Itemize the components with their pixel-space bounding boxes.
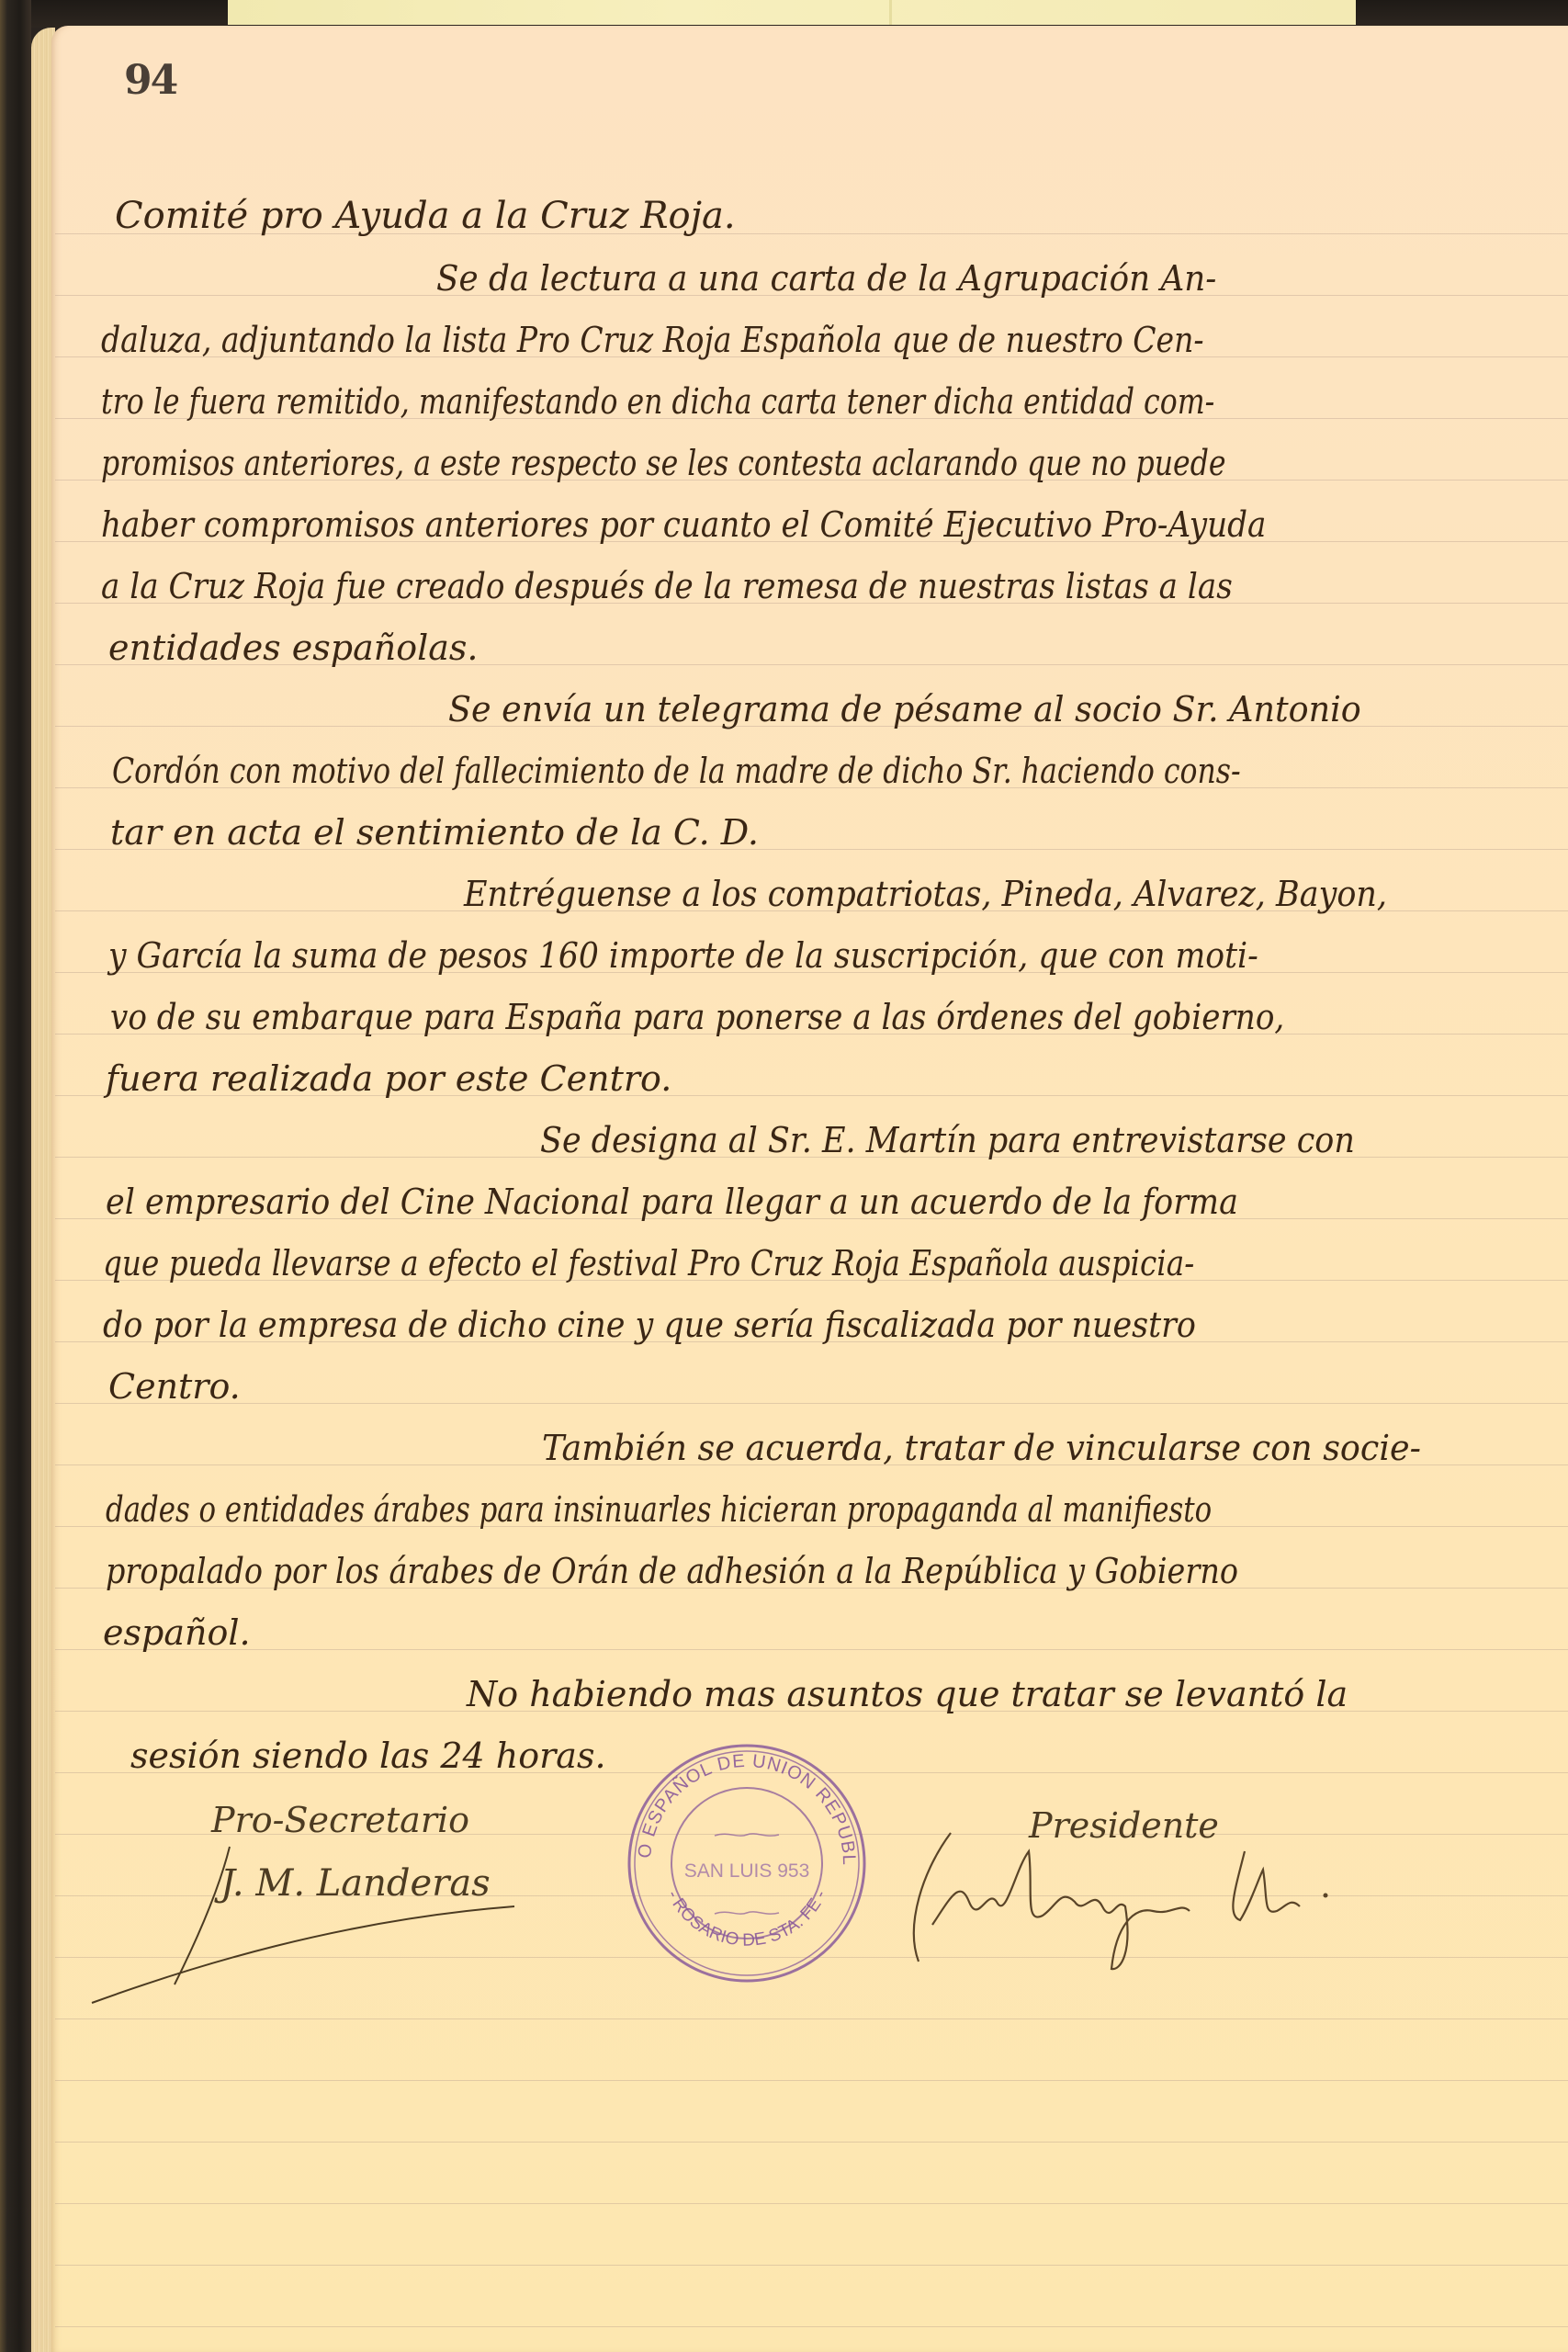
text-line: Centro.	[108, 1369, 241, 1404]
secretary-title: Pro-Secretario	[211, 1803, 469, 1837]
text-line: y García la suma de pesos 160 importe de…	[108, 938, 1258, 973]
text-line: Se envía un telegrama de pésame al socio…	[448, 692, 1361, 727]
text-line: sesión siendo las 24 horas.	[130, 1738, 606, 1773]
text-line: propalado por los árabes de Orán de adhe…	[106, 1554, 1238, 1589]
text-line: tro le fuera remitido, manifestando en d…	[101, 384, 1214, 419]
text-line: daluza, adjuntando la lista Pro Cruz Roj…	[101, 322, 1204, 357]
text-line: Se designa al Sr. E. Martín para entrevi…	[540, 1123, 1355, 1158]
text-line: que pueda llevarse a efecto el festival …	[103, 1246, 1194, 1281]
stamp-outer-top-text: CENTRO ESPAÑOL DE UNION REPUBLICANA	[623, 1739, 859, 1866]
text-line: Cordón con motivo del fallecimiento de l…	[112, 753, 1241, 788]
rule-line	[55, 2265, 1568, 2266]
text-line: tar en acta el sentimiento de la C. D.	[110, 815, 759, 850]
text-line: do por la empresa de dicho cine y que se…	[103, 1307, 1196, 1342]
ornament-icon	[715, 1834, 779, 1836]
text-line: También se acuerda, tratar de vincularse…	[542, 1430, 1421, 1465]
rule-line	[55, 1403, 1568, 1404]
rule-line	[55, 2203, 1568, 2204]
rule-line	[55, 2142, 1568, 2143]
text-line: vo de su embarque para España para poner…	[110, 1000, 1284, 1035]
ornament-icon	[715, 1912, 779, 1914]
text-line: No habiendo mas asuntos que tratar se le…	[467, 1677, 1348, 1712]
organization-stamp: CENTRO ESPAÑOL DE UNION REPUBLICANA - RO…	[623, 1739, 871, 1987]
text-line: Se da lectura a una carta de la Agrupaci…	[436, 261, 1216, 296]
svg-text:CENTRO ESPAÑOL DE UNION REPUBL: CENTRO ESPAÑOL DE UNION REPUBLICANA	[623, 1739, 859, 1866]
text-line: Entréguense a los compatriotas, Pineda, …	[464, 876, 1387, 911]
page-number: 94	[124, 57, 176, 104]
text-line: dades o entidades árabes para insinuarle…	[106, 1492, 1212, 1527]
stamp-outer-bottom-text: - ROSARIO DE STA. FE -	[663, 1887, 831, 1950]
tab-crease	[889, 0, 892, 25]
text-line: español.	[103, 1615, 251, 1650]
rule-line	[55, 2326, 1568, 2327]
president-title: Presidente	[1029, 1808, 1219, 1843]
section-heading: Comité pro Ayuda a la Cruz Roja.	[115, 198, 736, 234]
text-line: a la Cruz Roja fue creado después de la …	[101, 569, 1233, 604]
secretary-signature: J. M. Landeras	[220, 1865, 491, 1902]
stamp-center-text: SAN LUIS 953	[684, 1860, 810, 1882]
text-line: fuera realizada por este Centro.	[106, 1061, 671, 1096]
rule-line	[55, 2018, 1568, 2019]
text-line: el empresario del Cine Nacional para lle…	[106, 1184, 1238, 1219]
rule-line	[55, 1649, 1568, 1650]
book-cover-spine	[0, 0, 31, 2352]
rule-line	[55, 2080, 1568, 2081]
text-line: promisos anteriores, a este respecto se …	[101, 446, 1226, 481]
svg-text:- ROSARIO DE STA. FE -: - ROSARIO DE STA. FE -	[663, 1887, 831, 1950]
yellow-paper-tab	[228, 0, 1356, 25]
text-line: haber compromisos anteriores por cuanto …	[101, 507, 1266, 542]
text-line: entidades españolas.	[108, 630, 478, 665]
